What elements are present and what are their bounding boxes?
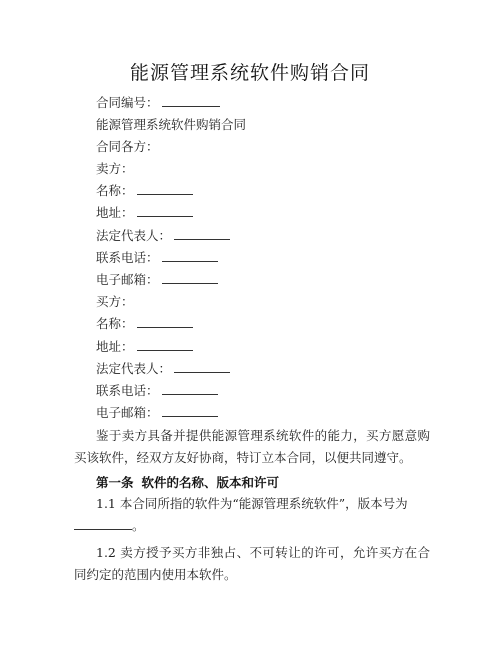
buyer-legal-rep-label: 法定代表人：: [96, 361, 171, 376]
article-1-heading: 第一条软件的名称、版本和许可: [96, 473, 279, 491]
article-1-title: 软件的名称、版本和许可: [142, 475, 280, 490]
seller-address-blank[interactable]: [137, 205, 193, 217]
seller-label: 卖方：: [96, 161, 134, 177]
contract-number-line: 合同编号：: [96, 95, 220, 111]
clause-1-1-end: 。: [132, 518, 145, 533]
seller-phone-label: 联系电话：: [96, 250, 159, 265]
buyer-email-blank[interactable]: [162, 405, 218, 417]
buyer-label: 买方：: [96, 294, 134, 310]
buyer-address-label: 地址：: [96, 339, 134, 354]
contract-number-blank[interactable]: [162, 95, 220, 107]
seller-email-line: 电子邮箱：: [96, 272, 218, 288]
seller-email-label: 电子邮箱：: [96, 272, 159, 287]
seller-name-line: 名称：: [96, 183, 193, 199]
clause-1-1-version-line: 。: [74, 518, 145, 534]
buyer-phone-line: 联系电话：: [96, 383, 218, 399]
buyer-email-line: 电子邮箱：: [96, 405, 218, 421]
seller-phone-blank[interactable]: [162, 250, 218, 262]
buyer-email-label: 电子邮箱：: [96, 405, 159, 420]
seller-name-label: 名称：: [96, 183, 134, 198]
buyer-address-blank[interactable]: [137, 339, 193, 351]
contract-number-label: 合同编号：: [96, 95, 159, 110]
parties-label: 合同各方：: [96, 139, 159, 155]
seller-name-blank[interactable]: [137, 183, 193, 195]
buyer-address-line: 地址：: [96, 339, 193, 355]
version-number-blank[interactable]: [74, 518, 132, 530]
preamble-paragraph: 鉴于卖方具备并提供能源管理系统软件的能力，买方愿意购买该软件，经双方友好协商，特…: [74, 425, 430, 469]
seller-phone-line: 联系电话：: [96, 250, 218, 266]
article-1-number: 第一条: [96, 475, 134, 490]
seller-address-line: 地址：: [96, 205, 193, 221]
buyer-phone-blank[interactable]: [162, 383, 218, 395]
seller-legal-rep-blank[interactable]: [174, 228, 230, 240]
buyer-name-label: 名称：: [96, 316, 134, 331]
buyer-name-line: 名称：: [96, 316, 193, 332]
seller-legal-rep-line: 法定代表人：: [96, 228, 230, 244]
buyer-name-blank[interactable]: [137, 316, 193, 328]
clause-1-2-paragraph: 1.2 卖方授予买方非独占、不可转让的许可，允许买方在合同约定的范围内使用本软件…: [74, 542, 430, 586]
buyer-phone-label: 联系电话：: [96, 383, 159, 398]
buyer-legal-rep-line: 法定代表人：: [96, 361, 230, 377]
contract-name-line: 能源管理系统软件购销合同: [96, 117, 246, 133]
document-title: 能源管理系统软件购销合同: [0, 58, 500, 85]
document-page: 能源管理系统软件购销合同 合同编号： 能源管理系统软件购销合同 合同各方： 卖方…: [0, 0, 500, 647]
seller-address-label: 地址：: [96, 205, 134, 220]
seller-legal-rep-label: 法定代表人：: [96, 228, 171, 243]
seller-email-blank[interactable]: [162, 272, 218, 284]
buyer-legal-rep-blank[interactable]: [174, 361, 230, 373]
clause-1-1-line: 1.1 本合同所指的软件为“能源管理系统软件”，版本号为: [96, 496, 408, 512]
